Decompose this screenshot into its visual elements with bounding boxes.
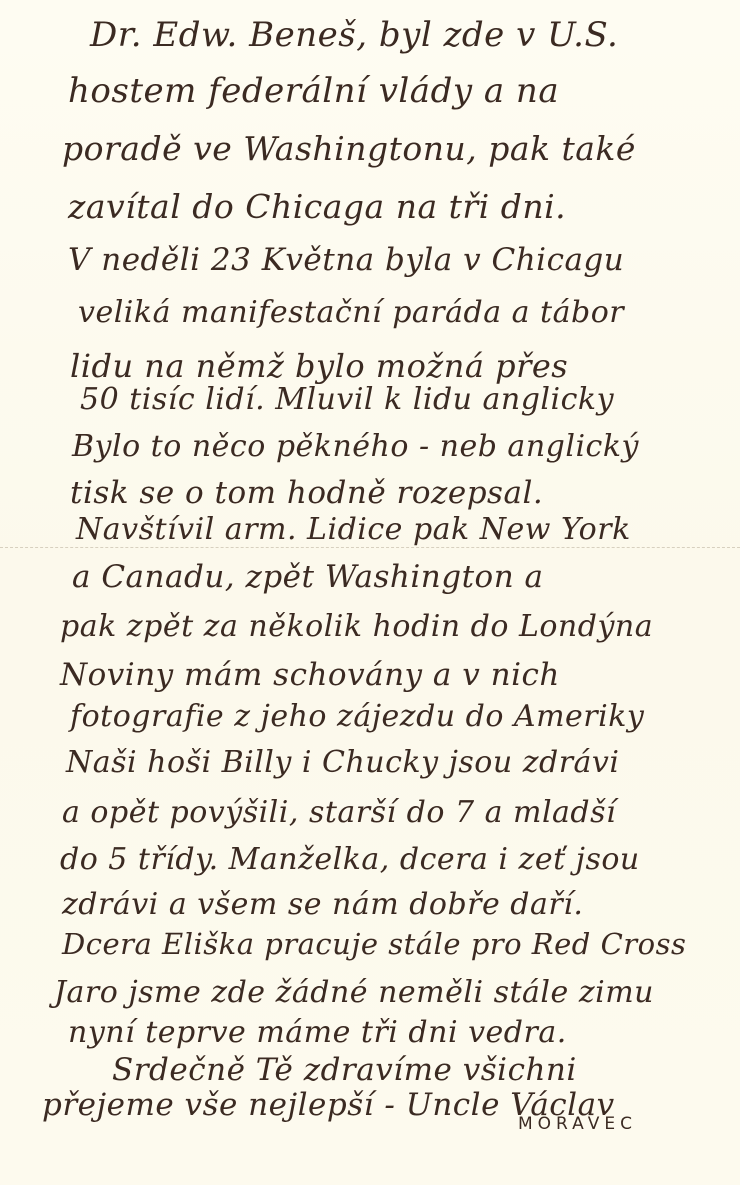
letter-line: Noviny mám schovány a v nich [60,660,560,691]
letter-line: Dr. Edw. Beneš, byl zde v U.S. [90,18,618,52]
letter-line: veliká manifestační paráda a tábor [78,298,624,328]
printed-surname: MORAVEC [518,1114,637,1134]
letter-line: lidu na němž bylo možná přes [70,350,568,382]
letter-line: a opět povýšili, starší do 7 a mladší [62,798,616,828]
letter-line: zdrávi a všem se nám dobře daří. [62,890,583,920]
letter-line: Srdečně Tě zdravíme všichni [112,1055,577,1086]
letter-line: Dcera Eliška pracuje stále pro Red Cross [62,930,686,959]
letter-line: Navštívil arm. Lidice pak New York [76,515,631,545]
letter-line: V neděli 23 Května byla v Chicagu [68,245,624,276]
letter-page: Dr. Edw. Beneš, byl zde v U.S. hostem fe… [0,0,740,1185]
letter-line: a Canadu, zpět Washington a [72,562,544,593]
letter-line: Bylo to něco pěkného - neb anglický [72,432,639,462]
letter-line: hostem federální vlády a na [68,74,559,108]
letter-line: 50 tisíc lidí. Mluvil k lidu anglicky [80,385,614,415]
letter-line: tisk se o tom hodně rozepsal. [70,478,543,509]
letter-line: pak zpět za několik hodin do Londýna [60,612,653,642]
letter-line: zavítal do Chicaga na tři dni. [68,190,566,223]
letter-line: nyní teprve máme tři dni vedra. [68,1018,567,1048]
letter-line: poradě ve Washingtonu, pak také [62,132,636,165]
letter-line: do 5 třídy. Manželka, dcera i zeť jsou [60,845,640,875]
paper-fold-line [0,547,740,548]
letter-line: fotografie z jeho zájezdu do Ameriky [70,702,644,732]
letter-line: Naši hoši Billy i Chucky jsou zdrávi [66,748,619,778]
letter-line: Jaro jsme zde žádné neměli stále zimu [54,978,654,1008]
